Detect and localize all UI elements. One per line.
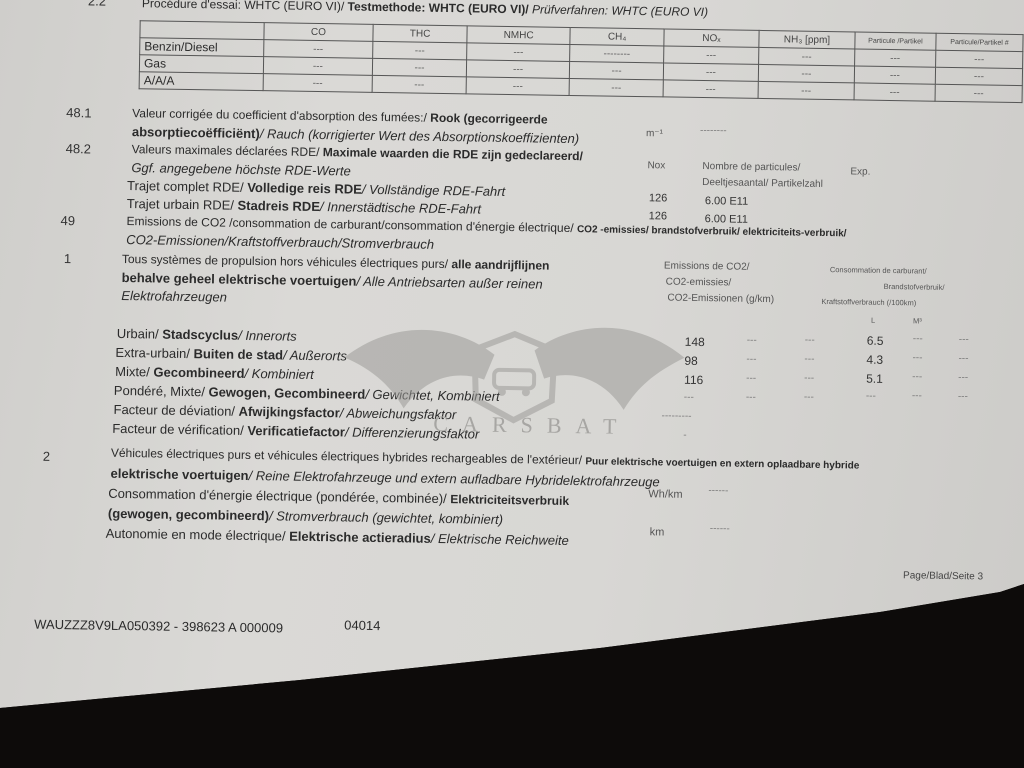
row-label: Gas xyxy=(139,55,263,74)
section-number: 48.1 xyxy=(66,105,92,120)
text-fr: Consommation d'énergie électrique (pondé… xyxy=(108,486,450,506)
co2-value: 98 xyxy=(684,354,698,368)
unit-m3: M³ xyxy=(913,316,922,325)
text-nl: Gecombineerd xyxy=(153,364,244,380)
row-label: Benzin/Diesel xyxy=(140,38,264,57)
column-header: Particule/Partikel # xyxy=(936,33,1023,51)
text-nl: Verificatiefactor xyxy=(247,423,345,440)
emissions-table: COTHCNMHCCH₄NOₓNH₃ [ppm]Particule /Parti… xyxy=(139,20,1024,103)
table-cell: --- xyxy=(935,67,1022,85)
unit-label: km xyxy=(650,526,665,538)
table-cell: --- xyxy=(263,57,373,76)
column-header: NH₃ [ppm] xyxy=(759,30,855,49)
column-header: NMHC xyxy=(467,26,571,45)
text-de: / Rauch (korrigierter Wert des Absorptio… xyxy=(260,126,580,146)
column-header-exp: Exp. xyxy=(850,166,870,177)
table-cell: --- xyxy=(466,43,570,62)
title-fr: Procédure d'essai: WHTC (EURO VI)/ xyxy=(142,0,348,13)
table-cell: --- xyxy=(663,46,759,64)
value-field: ------ xyxy=(710,523,730,534)
text-nl: elektrische voertuigen xyxy=(110,466,248,483)
text-line: Autonomie en mode électrique/ Elektrisch… xyxy=(106,526,569,548)
text-fr: Facteur de déviation/ xyxy=(113,402,238,419)
co2-header: CO2-emissies/ xyxy=(666,276,732,288)
table-cell: --- xyxy=(663,63,759,81)
column-header-nox: Nox xyxy=(647,160,665,171)
value-cell: --- xyxy=(747,335,757,346)
text-de: CO2-Emissionen/Kraftstoffverbrauch/Strom… xyxy=(126,232,434,252)
co2-row-label: Mixte/ Gecombineerd/ Kombiniert xyxy=(115,364,314,382)
text-line: Tous systèmes de propulsion hors véhicul… xyxy=(122,252,550,273)
text-fr: Mixte/ xyxy=(115,364,154,380)
rde-row-label: Trajet urbain RDE/ Stadreis RDE/ Innerst… xyxy=(127,196,481,217)
fuel-value: 6.5 xyxy=(867,334,884,348)
table-cell: --- xyxy=(854,49,935,67)
section-number: 49 xyxy=(60,213,75,228)
co2-row-label: Pondéré, Mixte/ Gewogen, Gecombineerd/ G… xyxy=(114,383,500,404)
section-number: 1 xyxy=(64,251,71,266)
title-de: Prüfverfahren: WHTC (EURO VI) xyxy=(532,2,708,19)
column-header: THC xyxy=(373,24,467,42)
text-nl: behalve geheel elektrische voertuigen xyxy=(122,270,357,289)
text-line: Valeurs maximales déclarées RDE/ Maximal… xyxy=(132,142,583,163)
column-header-particles-2: Deeltjesaantal/ Partikelzahl xyxy=(702,177,823,190)
fuel-header: Consommation de carburant/ xyxy=(830,265,927,276)
value-cell: --- xyxy=(746,373,756,384)
section-title: Procédure d'essai: WHTC (EURO VI)/ Testm… xyxy=(142,0,708,19)
value-cell: --- xyxy=(959,334,969,345)
column-header xyxy=(140,21,264,40)
table-cell: --- xyxy=(854,83,935,101)
text-nl: Stadreis RDE xyxy=(237,198,320,214)
text-de: / Innerorts xyxy=(238,328,297,344)
value-cell: --- xyxy=(912,371,922,382)
text-nl: Volledige reis RDE xyxy=(247,180,362,197)
text-nl: Maximale waarden die RDE zijn gedeclaree… xyxy=(323,145,583,163)
value-cell: --- xyxy=(805,335,815,346)
text-nl: Gewogen, Gecombineerd xyxy=(208,384,365,401)
text-de: / Außerorts xyxy=(283,347,347,363)
text-fr: Pondéré, Mixte/ xyxy=(114,383,209,399)
section-number: 48.2 xyxy=(66,141,92,156)
column-header: CH₄ xyxy=(570,27,664,45)
text-fr: Trajet complet RDE/ xyxy=(127,178,247,195)
column-header-particles: Nombre de particules/ xyxy=(702,161,800,174)
co2-value: - xyxy=(683,430,687,441)
text-de: Ggf. angegebene höchste RDE-Werte xyxy=(131,160,351,178)
text-de: / Innerstädtische RDE-Fahrt xyxy=(320,199,481,217)
unit-liter: L xyxy=(871,316,875,325)
table-cell: --- xyxy=(854,66,935,84)
value-cell: --- xyxy=(804,354,814,365)
text-de: / Stromverbrauch (gewichtet, kombiniert) xyxy=(269,508,503,527)
text-nl: Rook (gecorrigeerde xyxy=(430,111,548,127)
unit-label: m⁻¹ xyxy=(646,128,663,139)
table-cell: --- xyxy=(373,58,467,76)
fuel-value: 5.1 xyxy=(866,372,883,386)
text-line: Valeur corrigée du coefficient d'absorpt… xyxy=(132,106,548,127)
section-number: 2.2 xyxy=(88,0,106,9)
table-cell: --- xyxy=(373,41,467,59)
text-fr: Trajet urbain RDE/ xyxy=(127,196,238,213)
value-cell: --- xyxy=(804,373,814,384)
text-fr: Extra-urbain/ xyxy=(115,345,193,361)
co2-value: --- xyxy=(684,392,694,403)
value-field: -------- xyxy=(700,125,727,136)
page-number: Page/Blad/Seite 3 xyxy=(903,570,983,582)
table-cell: --- xyxy=(663,80,759,98)
nox-value: 126 xyxy=(649,210,668,222)
table-cell: --- xyxy=(935,84,1022,102)
table-cell: --- xyxy=(758,81,854,100)
text-line: (gewogen, gecombineerd)/ Stromverbrauch … xyxy=(108,506,503,527)
table-cell: --- xyxy=(263,74,373,93)
text-fr: Véhicules électriques purs et véhicules … xyxy=(111,446,586,467)
table-cell: --- xyxy=(759,47,855,66)
fuel-header: Kraftstoffverbrauch (/100km) xyxy=(821,297,916,307)
unit-label: Wh/km xyxy=(648,488,682,501)
co2-value: --------- xyxy=(661,410,691,421)
table-cell: --- xyxy=(466,77,570,96)
text-nl: CO2 -emissies/ brandstofverbruik/ elektr… xyxy=(577,224,847,239)
text-fr: Valeur corrigée du coefficient d'absorpt… xyxy=(132,106,430,125)
text-nl: alle aandrijflijnen xyxy=(451,257,549,273)
column-header: Particule /Partikel xyxy=(855,32,936,50)
row-label: A/A/A xyxy=(139,72,263,91)
value-cell: --- xyxy=(746,354,756,365)
fuel-value: --- xyxy=(866,391,876,402)
table-cell: --- xyxy=(569,78,663,96)
value-cell: --- xyxy=(746,392,756,403)
text-nl: (gewogen, gecombineerd) xyxy=(108,506,269,524)
co2-header: Emissions de CO2/ xyxy=(664,260,750,272)
co2-value: 116 xyxy=(684,373,703,387)
section-number: 2 xyxy=(43,449,50,464)
co2-row-label: Urbain/ Stadscyclus/ Innerorts xyxy=(117,326,297,344)
table-cell: --- xyxy=(570,61,664,79)
text-fr: Valeurs maximales déclarées RDE/ xyxy=(132,142,323,159)
title-nl: Testmethode: WHTC (EURO VI)/ xyxy=(348,0,533,16)
rde-row-label: Trajet complet RDE/ Volledige reis RDE/ … xyxy=(127,178,505,199)
text-nl: Puur elektrische voertuigen en extern op… xyxy=(585,456,859,471)
value-cell: --- xyxy=(912,352,922,363)
text-nl: Stadscyclus xyxy=(162,327,238,343)
text-nl: absorptiecoëfficiënt) xyxy=(132,124,260,141)
column-header: CO xyxy=(263,23,373,42)
text-de: / Vollständige RDE-Fahrt xyxy=(362,182,506,199)
value-cell: --- xyxy=(912,390,922,401)
table-cell: -------- xyxy=(570,44,664,62)
value-cell: --- xyxy=(804,392,814,403)
co2-row-label: Facteur de déviation/ Afwijkingsfactor/ … xyxy=(113,402,456,422)
text-fr: Emissions de CO2 /consommation de carbur… xyxy=(126,214,577,235)
text-fr: Urbain/ xyxy=(117,326,163,342)
co2-value: 148 xyxy=(685,335,705,349)
value-field: ------ xyxy=(708,485,728,496)
co2-row-label: Extra-urbain/ Buiten de stad/ Außerorts xyxy=(115,345,347,364)
value-cell: --- xyxy=(958,391,968,402)
text-line: Consommation d'énergie électrique (pondé… xyxy=(108,486,569,508)
value-cell: --- xyxy=(958,353,968,364)
text-line: elektrische voertuigen/ Reine Elektrofah… xyxy=(110,466,659,490)
table-cell: --- xyxy=(372,75,466,93)
table-cell: --- xyxy=(936,50,1023,68)
table-cell: --- xyxy=(263,40,373,59)
text-fr: Autonomie en mode électrique/ xyxy=(106,526,290,544)
text-nl: Afwijkingsfactor xyxy=(238,404,339,421)
value-cell: --- xyxy=(958,372,968,383)
text-de: / Gewichtet, Kombiniert xyxy=(365,387,500,404)
text-de: / Kombiniert xyxy=(244,366,314,382)
text-fr: Tous systèmes de propulsion hors véhicul… xyxy=(122,252,452,271)
text-nl: Elektrische actieradius xyxy=(289,529,431,546)
text-de: Elektrofahrzeugen xyxy=(121,288,227,305)
co2-row-label: Facteur de vérification/ Verificatiefact… xyxy=(112,421,479,442)
nox-value: 126 xyxy=(649,192,668,204)
fuel-header: Brandstofverbruik/ xyxy=(884,282,945,292)
column-header: NOₓ xyxy=(664,29,760,47)
text-de: / Reine Elektrofahrzeuge und extern aufl… xyxy=(248,468,659,489)
text-nl: Elektriciteitsverbruik xyxy=(450,492,569,508)
co2-header: CO2-Emissionen (g/km) xyxy=(667,293,774,306)
text-de: / Elektrische Reichweite xyxy=(431,531,569,548)
value-cell: --- xyxy=(913,333,923,344)
document-code: 04014 xyxy=(344,617,380,633)
vin-reference: WAUZZZ8V9LA050392 - 398623 A 000009 xyxy=(34,617,283,636)
table-cell: --- xyxy=(466,60,570,79)
text-fr: Facteur de vérification/ xyxy=(112,421,247,438)
document-sheet: 2.2 Procédure d'essai: WHTC (EURO VI)/ T… xyxy=(0,0,1024,656)
text-de: / Alle Antriebsarten außer reinen xyxy=(356,274,542,292)
text-nl: Buiten de stad xyxy=(193,346,283,362)
fuel-value: 4.3 xyxy=(866,353,883,367)
watermark-text: CARSBAT xyxy=(433,411,630,440)
table-cell: --- xyxy=(758,64,854,83)
particles-value: 6.00 E11 xyxy=(705,195,748,208)
